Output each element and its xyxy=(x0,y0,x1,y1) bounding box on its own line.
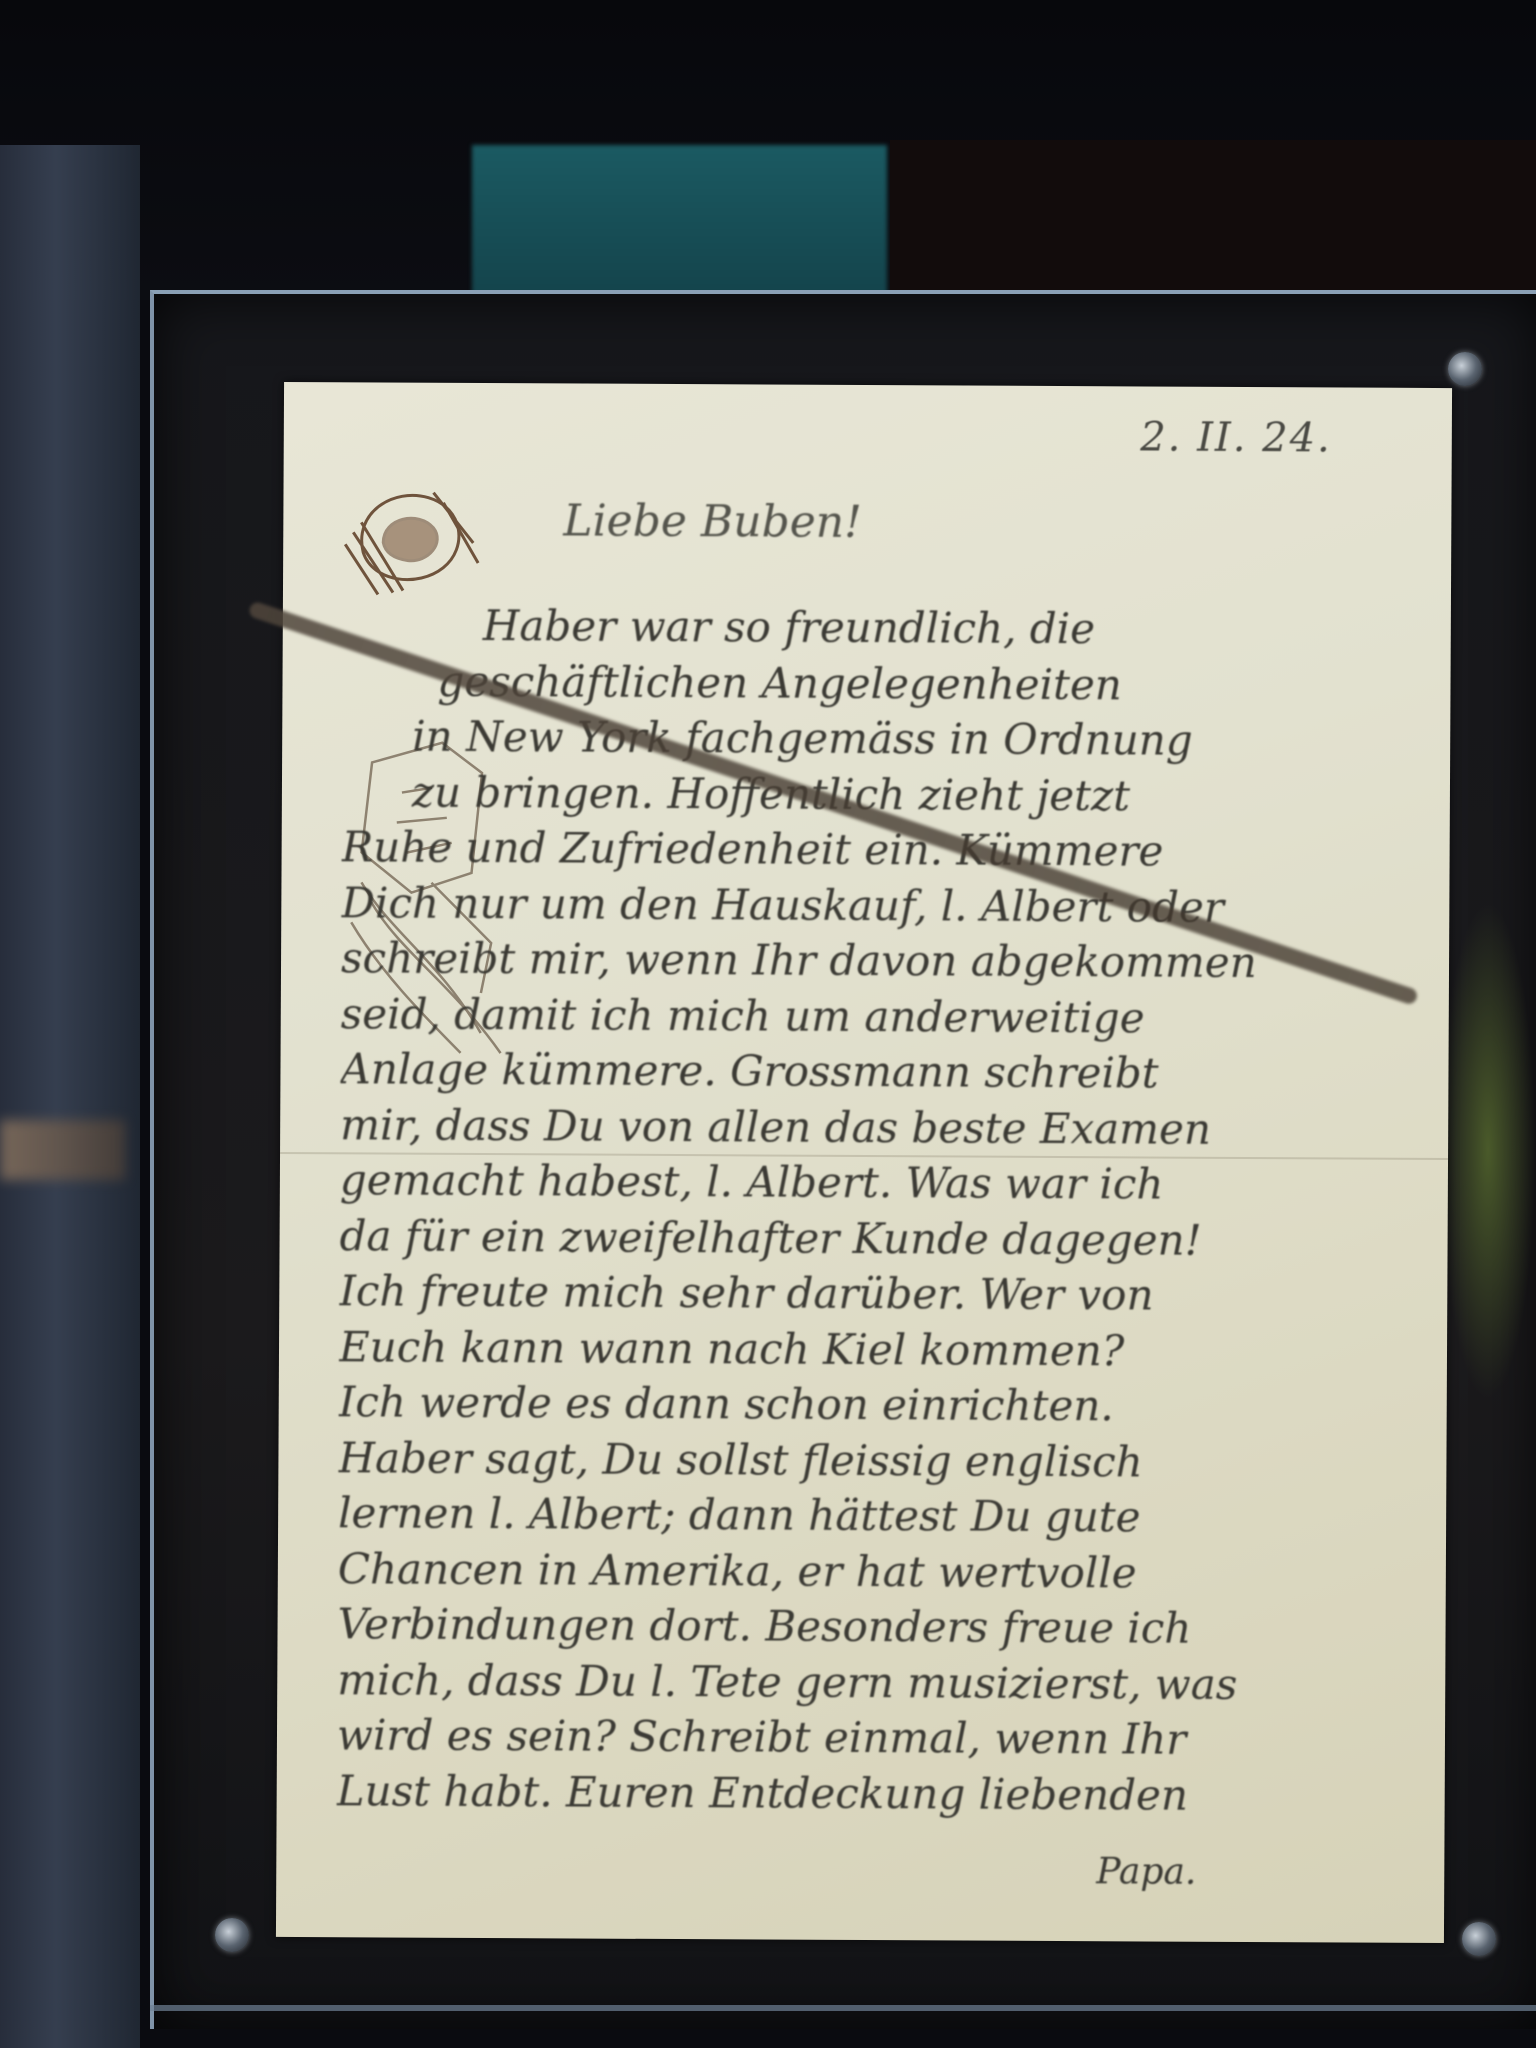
adjacent-display-glass xyxy=(0,145,140,2048)
reflection-light xyxy=(0,1120,125,1180)
letter-line: Dich nur um den Hauskauf, l. Albert oder xyxy=(341,875,1401,936)
letter-line: mir, dass Du von allen das beste Examen xyxy=(340,1097,1400,1158)
letter-line: Verbindungen dort. Besonders freue ich xyxy=(337,1596,1397,1657)
letter-line: Anlage kümmere. Grossmann schreibt xyxy=(340,1041,1400,1102)
mounting-bolt-icon xyxy=(1448,352,1482,386)
teal-wall-panel xyxy=(472,145,887,295)
letter-line: in New York fachgemäss in Ordnung xyxy=(342,708,1402,769)
letter-line: seid, damit ich mich um anderweitige xyxy=(341,986,1401,1047)
letter-line: Lust habt. Euren Entdeckung liebenden xyxy=(337,1763,1397,1824)
letter-paper: 2. II. 24. Liebe Buben! Haber war so fre… xyxy=(276,382,1452,1943)
letter-body: Haber war so freundlich, die geschäftlic… xyxy=(337,597,1403,1824)
letter-line: Ich werde es dann schon einrichten. xyxy=(339,1374,1399,1435)
reflection-glow xyxy=(1440,900,1536,1400)
dark-wall-right xyxy=(890,140,1536,300)
glass-case-edge xyxy=(150,2005,1536,2011)
letter-line: Ruhe und Zufriedenheit ein. Kümmere xyxy=(341,819,1401,880)
mounting-bolt-icon xyxy=(215,1918,249,1952)
letter-line: gemacht habest, l. Albert. Was war ich xyxy=(340,1152,1400,1213)
letter-line: Chancen in Amerika, er hat wertvolle xyxy=(338,1541,1398,1602)
letter-line: wird es sein? Schreibt einmal, wenn Ihr xyxy=(337,1707,1397,1768)
letter-line: lernen l. Albert; dann hättest Du gute xyxy=(338,1485,1398,1546)
letter-line: da für ein zweifelhafter Kunde dagegen! xyxy=(339,1208,1399,1269)
letter-line: Haber war so freundlich, die xyxy=(343,597,1403,658)
letter-date: 2. II. 24. xyxy=(1140,414,1332,461)
mounting-bolt-icon xyxy=(1462,1922,1496,1956)
letter-salutation: Liebe Buben! xyxy=(563,495,862,548)
letter-line: mich, dass Du l. Tete gern musizierst, w… xyxy=(337,1652,1397,1713)
letter-line: Euch kann wann nach Kiel kommen? xyxy=(339,1319,1399,1380)
letter-line: Ich freute mich sehr darüber. Wer von xyxy=(339,1263,1399,1324)
letter-signature: Papa. xyxy=(1096,1851,1196,1893)
letter-line: Haber sagt, Du sollst fleissig englisch xyxy=(338,1430,1398,1491)
rose-sketch-icon xyxy=(333,472,484,603)
